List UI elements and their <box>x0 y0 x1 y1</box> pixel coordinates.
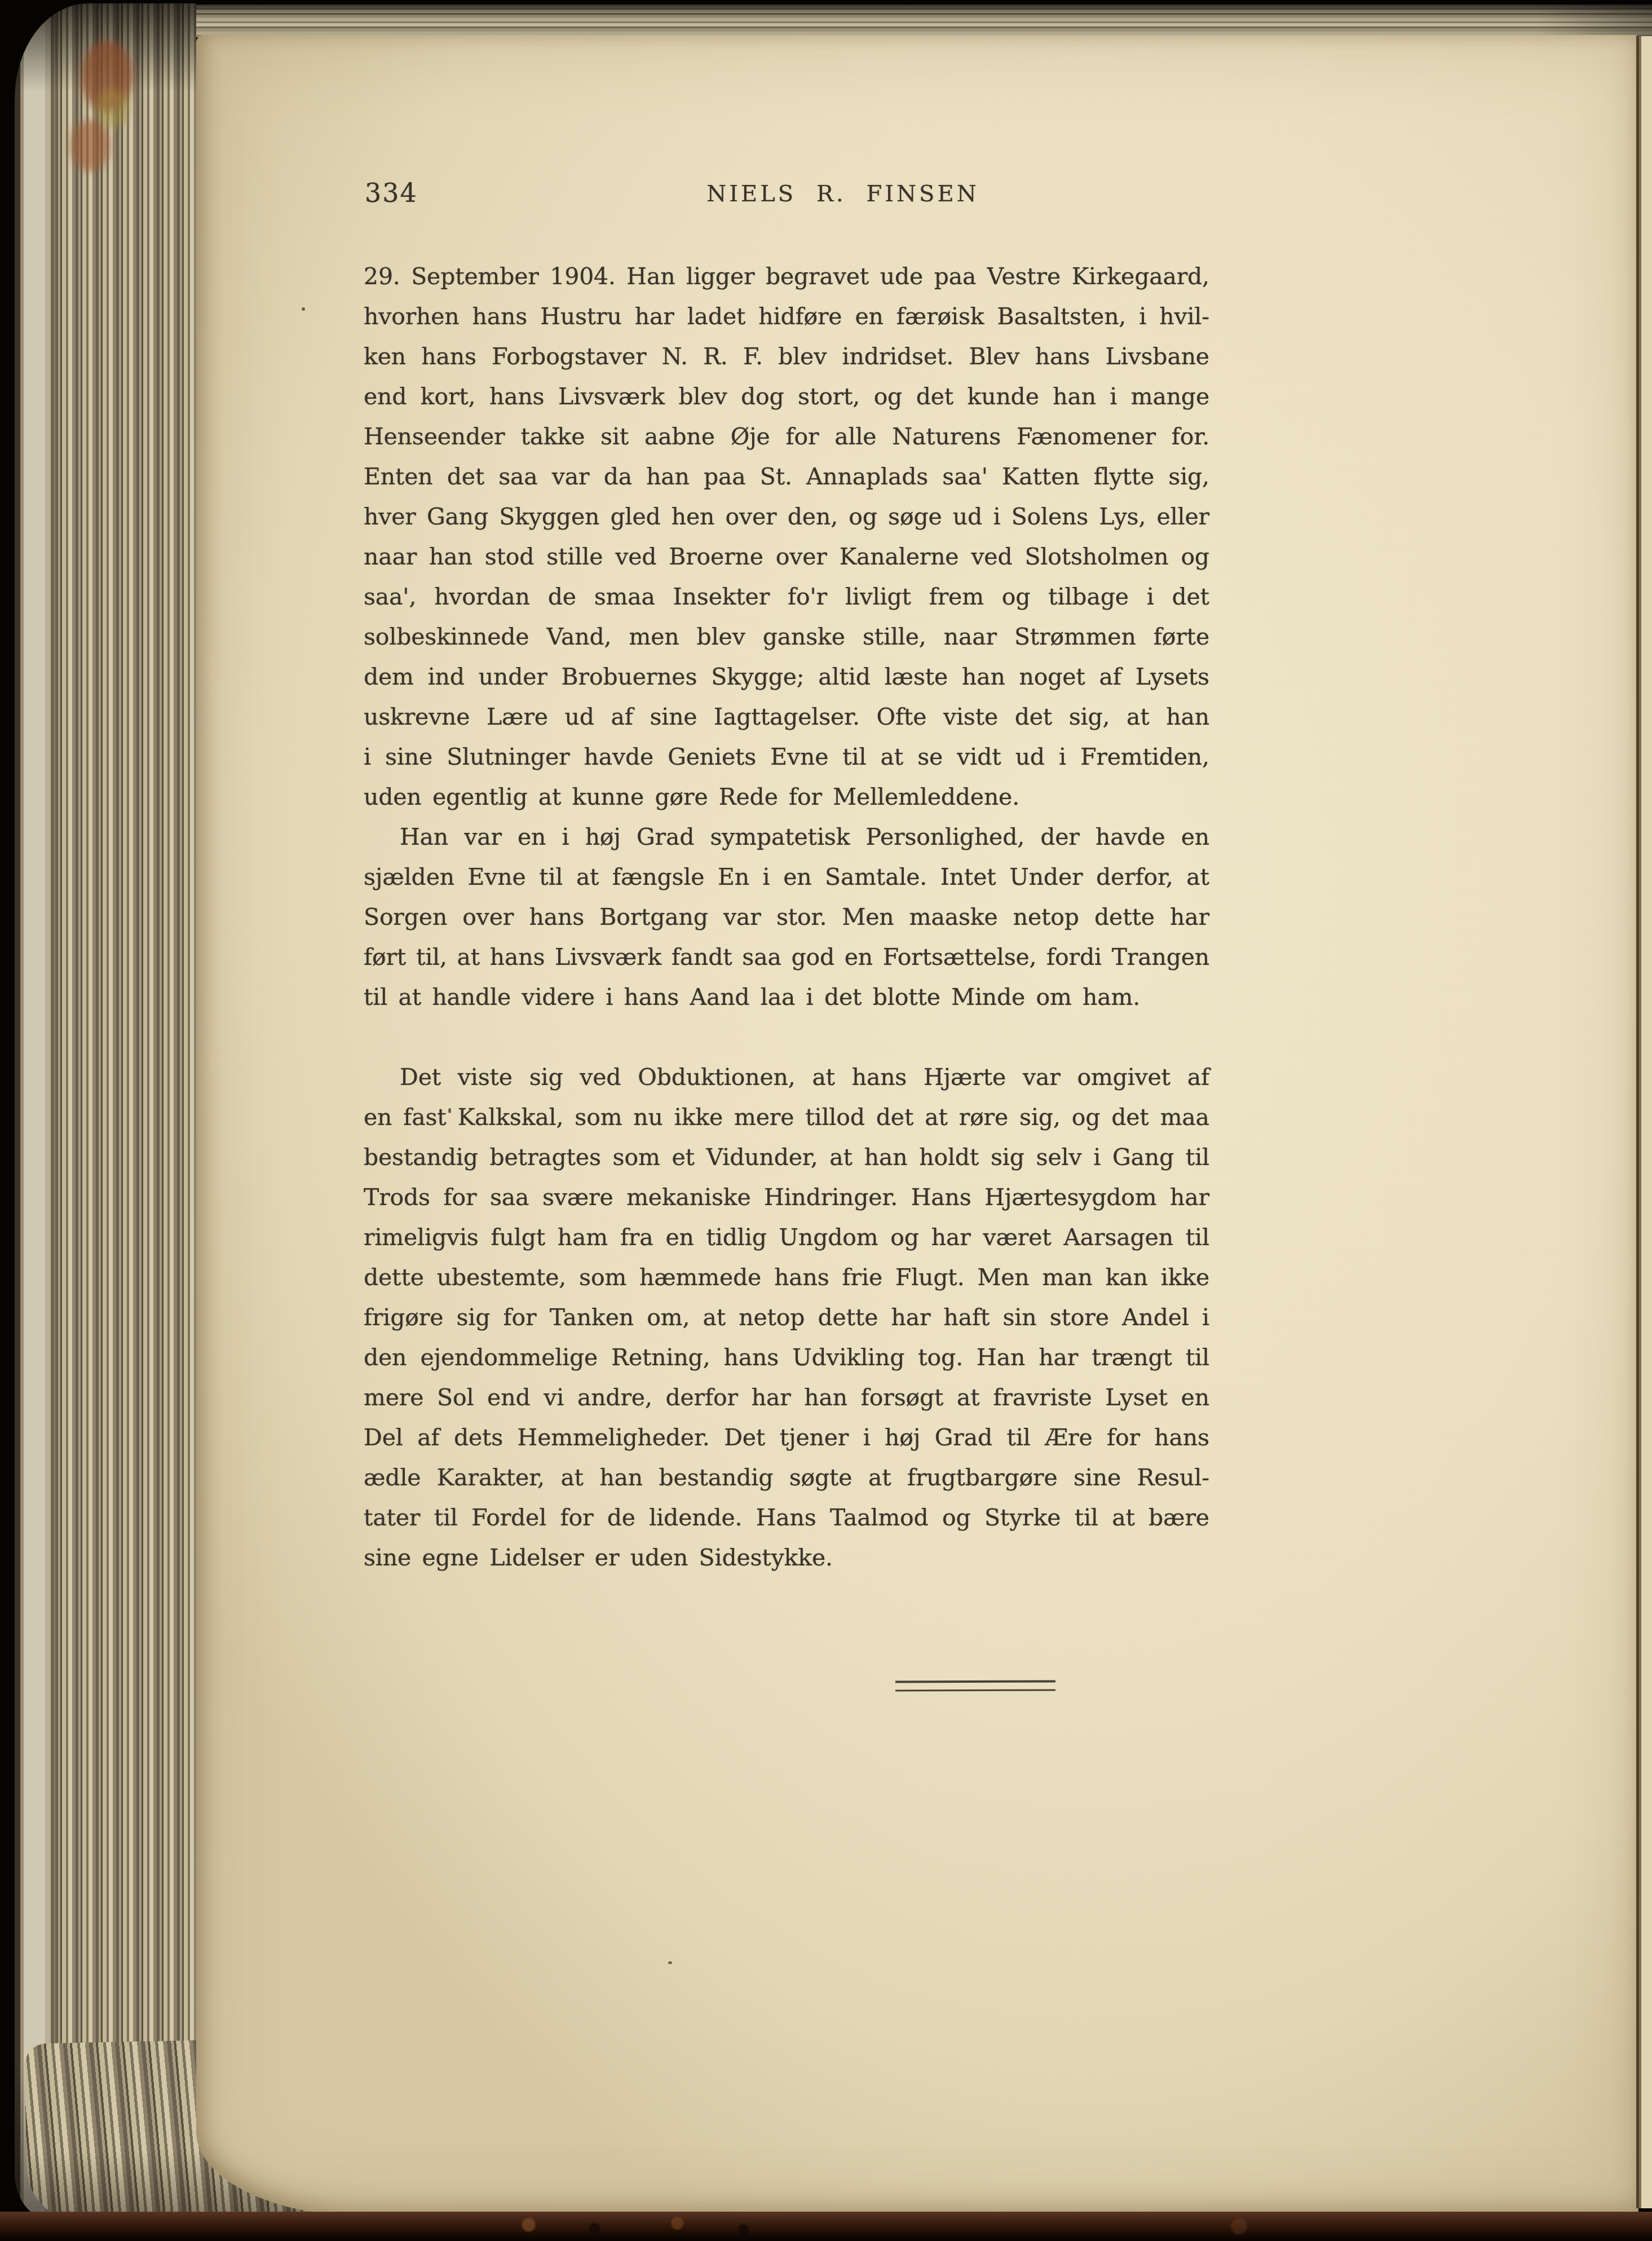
text-line: hverGangSkyggengledhenoverden,ogsøgeudiS… <box>364 497 1209 537</box>
running-header: NIELS R. FINSEN <box>706 181 979 207</box>
text-line: HenseendertakkesitaabneØjeforalleNaturen… <box>364 417 1209 457</box>
text-line: naarhanstodstillevedBroerneoverKanalerne… <box>364 537 1209 577</box>
book-page: 334 NIELS R. FINSEN 29.September1904.Han… <box>196 35 1638 2216</box>
text-line: EntendetsaavardahanpaaSt.Annapladssaa'Ka… <box>364 457 1209 497</box>
paragraph: DetvistesigvedObduktionen,athansHjærteva… <box>364 1057 1209 1578</box>
text-line: bestandigbetragtessometVidunder,athanhol… <box>364 1137 1209 1177</box>
next-leaf-edge <box>1636 36 1652 2208</box>
text-line: DetvistesigvedObduktionen,athansHjærteva… <box>364 1057 1209 1097</box>
paragraph: HanvarenihøjGradsympatetiskPersonlighed,… <box>364 817 1209 1017</box>
text-line: ædleKarakter,athanbestandigsøgteatfrugtb… <box>364 1458 1209 1498</box>
text-line: uskrevneLæreudafsineIagttagelser.Oftevis… <box>364 697 1209 737</box>
text-line: SorgenoverhansBortgangvarstor.Menmaasken… <box>364 897 1209 937</box>
text-line: kenhansForbogstaverN.R.F.blevindridset.B… <box>364 337 1209 377</box>
page-content: 334 NIELS R. FINSEN 29.September1904.Han… <box>364 178 1209 1578</box>
ink-speck <box>668 1961 672 1964</box>
running-head: 334 NIELS R. FINSEN <box>364 178 1209 213</box>
text-line: denejendommeligeRetning,hansUdviklingtog… <box>364 1338 1209 1378</box>
text-line: solbeskinnedeVand,menblevganskestille,na… <box>364 617 1209 657</box>
book-cover-bottom <box>0 2212 1652 2241</box>
marbled-endpaper-fleck <box>95 88 130 129</box>
book-scan: 334 NIELS R. FINSEN 29.September1904.Han… <box>0 0 1652 2241</box>
text-line: mereSolendviandre,derforharhanforsøgtatf… <box>364 1378 1209 1418</box>
text-line: tatertilFordelfordelidende.HansTaalmodog… <box>364 1498 1209 1538</box>
top-page-edges <box>196 5 1652 37</box>
text-line: rimeligvisfulgthamfraentidligUngdomoghar… <box>364 1217 1209 1258</box>
text-line: HanvarenihøjGradsympatetiskPersonlighed,… <box>364 817 1209 857</box>
text-line: enfastKalkskal,somnuikkemeretilloddetatr… <box>364 1097 1209 1137</box>
text-line: isineSlutningerhavdeGenietsEvnetilatsevi… <box>364 737 1209 777</box>
text-line: demindunderBrobuernesSkygge;altidlæsteha… <box>364 657 1209 697</box>
section-divider <box>895 1680 1055 1691</box>
marbled-endpaper-fleck <box>70 120 111 171</box>
text-line: til at handle videre i hans Aand laa i d… <box>364 977 1209 1017</box>
text-line: DelafdetsHemmeligheder.DettjenerihøjGrad… <box>364 1418 1209 1458</box>
text-line: førttil,athansLivsværkfandtsaagodenForts… <box>364 937 1209 977</box>
ink-speck <box>448 1108 451 1113</box>
text-line: uden egentlig at kunne gøre Rede for Mel… <box>364 777 1209 817</box>
text-line: 29.September1904.Hanliggerbegravetudepaa… <box>364 257 1209 297</box>
text-line: sine egne Lidelser er uden Sidestykke. <box>364 1538 1209 1578</box>
text-line: TrodsforsaasværemekaniskeHindringer.Hans… <box>364 1177 1209 1217</box>
paragraph: 29.September1904.Hanliggerbegravetudepaa… <box>364 257 1209 817</box>
text-line: detteubestemte,somhæmmedehansfrieFlugt.M… <box>364 1258 1209 1298</box>
left-page-edges <box>15 3 196 2218</box>
text-line: sjældenEvnetilatfængsleEnienSamtale.Inte… <box>364 857 1209 897</box>
text-line: endkort,hansLivsværkblevdogstort,ogdetku… <box>364 377 1209 417</box>
ink-speck <box>302 307 305 311</box>
body-text: 29.September1904.Hanliggerbegravetudepaa… <box>364 257 1209 1578</box>
text-line: saa',hvordandesmaaInsekterfo'rlivligtfre… <box>364 577 1209 617</box>
text-line: frigøresigforTankenom,atnetopdetteharhaf… <box>364 1298 1209 1338</box>
text-line: hvorhenhansHustruharladethidføreenfærøis… <box>364 297 1209 337</box>
page-number: 334 <box>365 178 418 208</box>
